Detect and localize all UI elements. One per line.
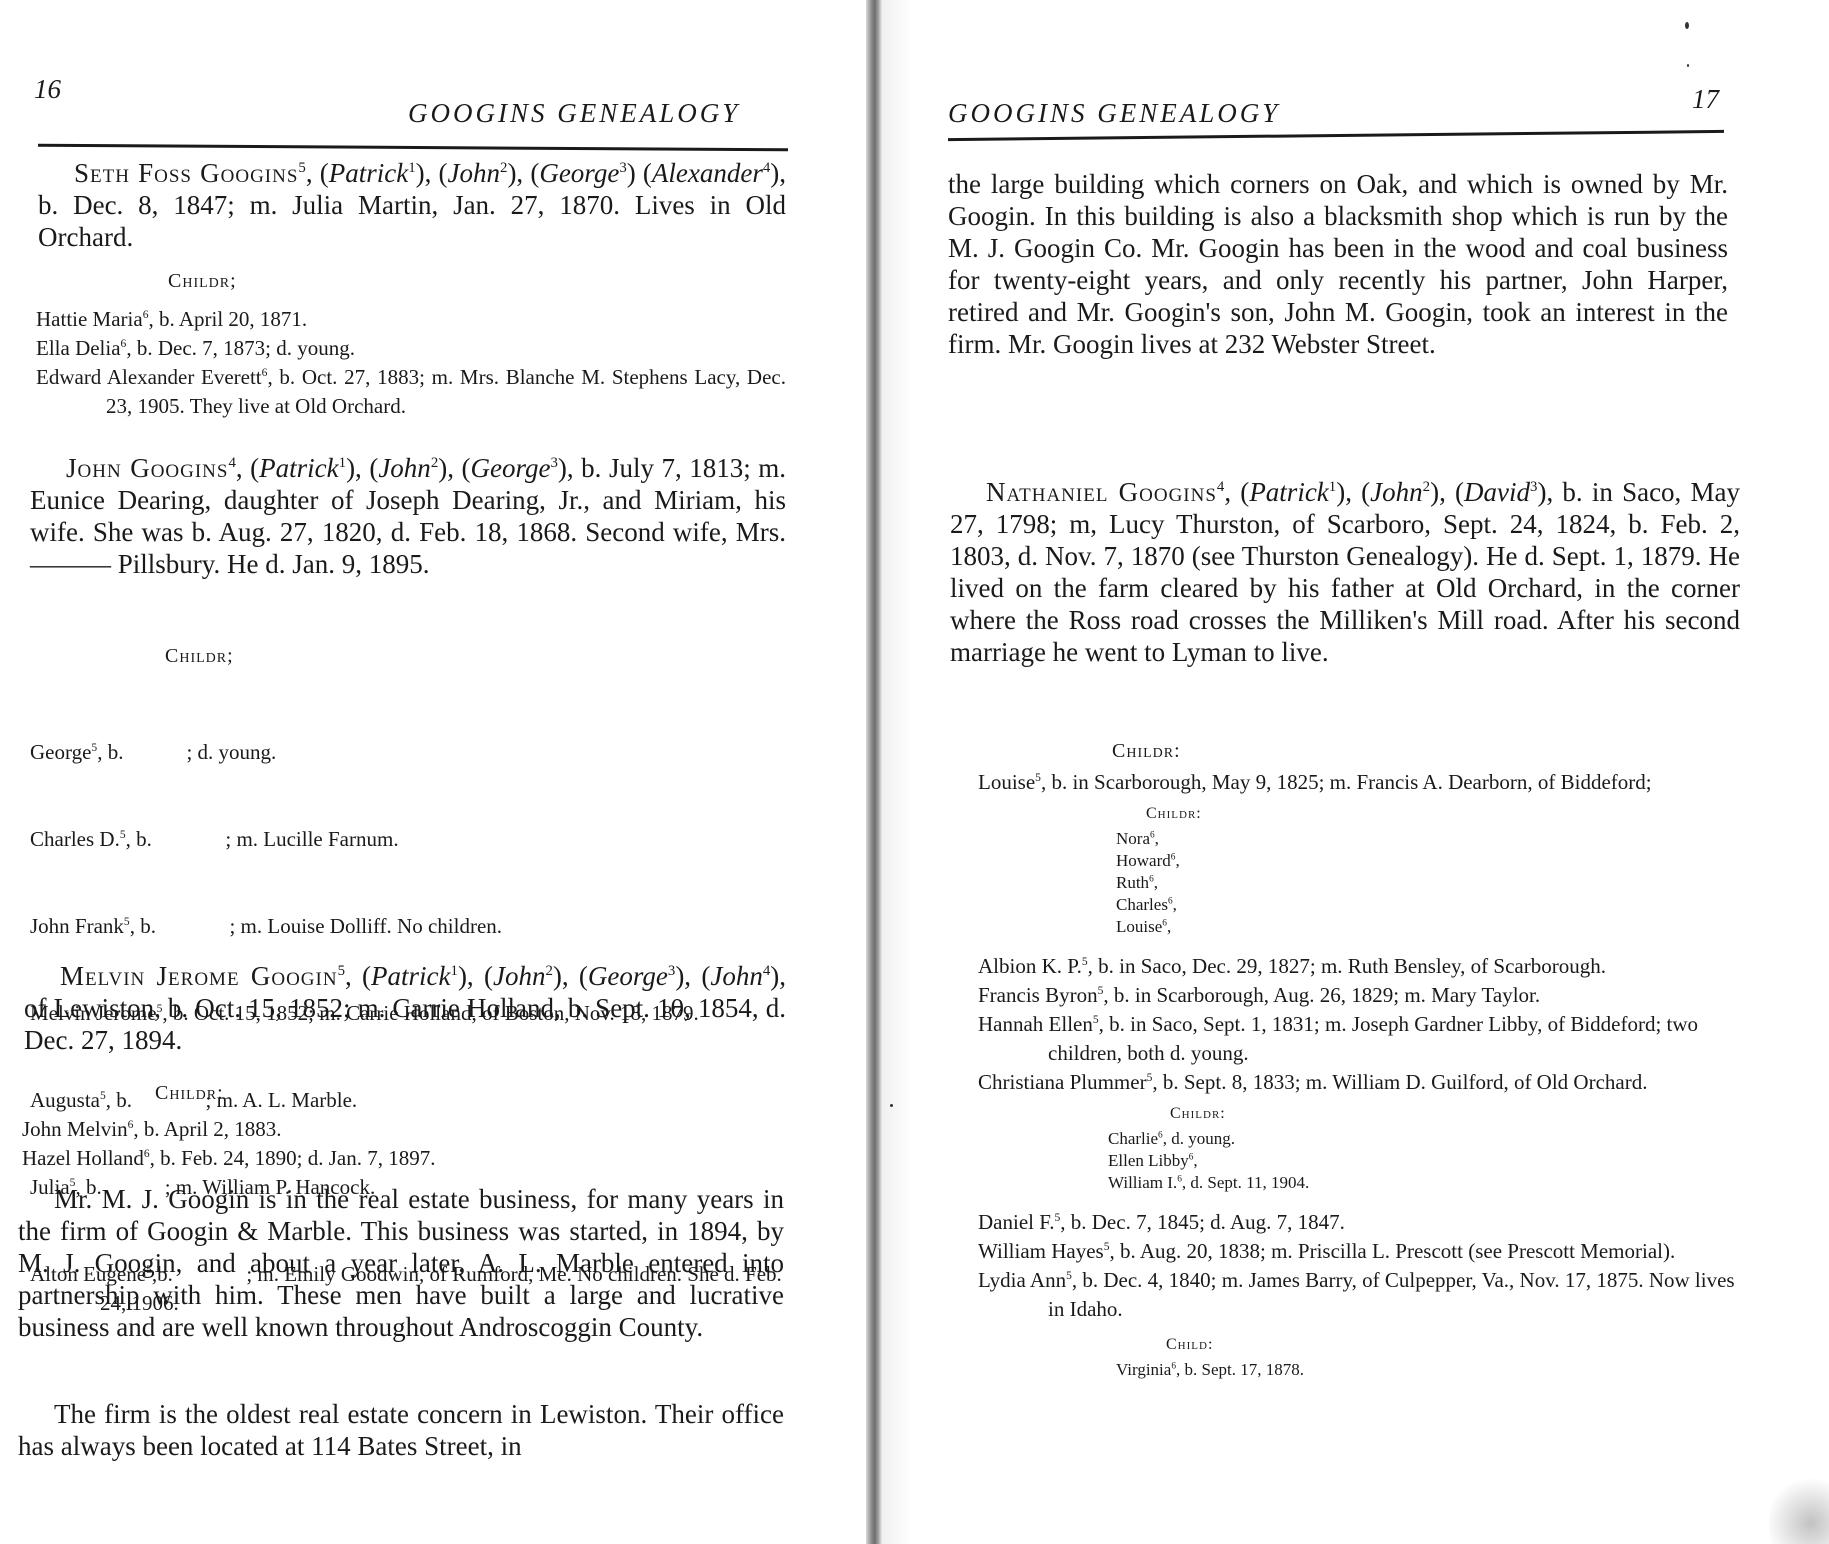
header-rule [38, 144, 788, 152]
page-number: 17 [1692, 84, 1719, 115]
list-item: John Melvin6, b. April 2, 1883. [22, 1115, 782, 1144]
children-list: John Melvin6, b. April 2, 1883. Hazel Ho… [22, 1115, 782, 1173]
list-item: Howard6, [1116, 850, 1748, 872]
list-item: Charlie6, d. young. [1108, 1128, 1748, 1150]
list-item: Charles D.5, b. ; m. Lucille Farnum. [30, 825, 792, 854]
header-rule [948, 130, 1724, 141]
list-item: Albion K. P.5, b. in Saco, Dec. 29, 1827… [978, 952, 1748, 981]
entry-name: Nathaniel Googins [986, 477, 1217, 507]
list-item: Christiana Plummer5, b. Sept. 8, 1833; m… [978, 1068, 1748, 1097]
list-item: Hazel Holland6, b. Feb. 24, 1890; d. Jan… [22, 1144, 782, 1173]
entry-name: Melvin Jerome Googin [60, 961, 338, 991]
page-number: 16 [34, 74, 61, 105]
children-list: Louise5, b. in Scarborough, May 9, 1825;… [978, 768, 1748, 1381]
running-head: GOOGINS GENEALOGY [948, 98, 1280, 129]
scan-speck [890, 1104, 893, 1107]
list-item: Charles6, [1116, 894, 1748, 916]
list-item: Lydia Ann5, b. Dec. 4, 1840; m. James Ba… [978, 1266, 1748, 1324]
running-head: GOOGINS GENEALOGY [408, 98, 740, 129]
entry-nathaniel-googins: Nathaniel Googins4, (Patrick1), (John2),… [950, 476, 1740, 668]
list-item: Nora6, [1116, 828, 1748, 850]
right-page: GOOGINS GENEALOGY 17 the large building … [882, 0, 1829, 1544]
children-list: Hattie Maria6, b. April 20, 1871. Ella D… [36, 305, 786, 421]
children-label: Childr: [1112, 740, 1181, 763]
children-label: Childr; [168, 270, 237, 293]
list-item: Ella Delia6, b. Dec. 7, 1873; d. young. [36, 334, 786, 363]
list-item: Daniel F.5, b. Dec. 7, 1845; d. Aug. 7, … [978, 1208, 1748, 1237]
grandchildren-list: Child: Virginia6, b. Sept. 17, 1878. [978, 1330, 1748, 1381]
list-item: Augusta5, b. ; m. A. L. Marble. [30, 1086, 792, 1115]
entry-melvin-jerome-googin: Melvin Jerome Googin5, (Patrick1), (John… [24, 960, 786, 1056]
list-item: Louise6, [1116, 916, 1748, 938]
list-item: Ruth6, [1116, 872, 1748, 894]
list-item: George5, b. ; d. young. [30, 738, 792, 767]
list-item: Virginia6, b. Sept. 17, 1878. [1116, 1359, 1748, 1381]
list-item: Edward Alexander Everett6, b. Oct. 27, 1… [36, 363, 786, 421]
grandchildren-list: Childr: Nora6, Howard6, Ruth6, Charles6,… [978, 799, 1748, 938]
continuation-paragraph: the large building which corners on Oak,… [948, 168, 1728, 360]
list-item: John Frank5, b. ; m. Louise Dolliff. No … [30, 912, 792, 941]
entry-john-googins: John Googins4, (Patrick1), (John2), (Geo… [30, 452, 786, 580]
list-item: Hannah Ellen5, b. in Saco, Sept. 1, 1831… [978, 1010, 1748, 1068]
list-item: Louise5, b. in Scarborough, May 9, 1825;… [978, 768, 1748, 797]
list-item: Francis Byron5, b. in Scarborough, Aug. … [978, 981, 1748, 1010]
list-item: William Hayes5, b. Aug. 20, 1838; m. Pri… [978, 1237, 1748, 1266]
children-label: Childr; [165, 645, 234, 668]
children-label: Childr: [155, 1082, 224, 1105]
left-page: 16 GOOGINS GENEALOGY Seth Foss Googins5,… [0, 0, 866, 1544]
book-gutter [866, 0, 882, 1544]
grandchildren-list: Childr: Charlie6, d. young. Ellen Libby6… [978, 1099, 1748, 1194]
list-item: Hattie Maria6, b. April 20, 1871. [36, 305, 786, 334]
entry-name: Seth Foss Googins [74, 158, 298, 188]
narrative-paragraph: Mr. M. J. Googin is in the real estate b… [18, 1183, 784, 1343]
narrative-paragraph: The firm is the oldest real estate conce… [18, 1398, 784, 1462]
list-item: Ellen Libby6, [1108, 1150, 1748, 1172]
list-item: William I.6, d. Sept. 11, 1904. [1108, 1172, 1748, 1194]
scan-speck [1687, 64, 1689, 67]
entry-name: John Googins [66, 453, 228, 483]
scan-speck [1685, 22, 1689, 29]
entry-seth-foss-googins: Seth Foss Googins5, (Patrick1), (John2),… [38, 157, 786, 253]
scan-noise [1769, 1474, 1829, 1544]
